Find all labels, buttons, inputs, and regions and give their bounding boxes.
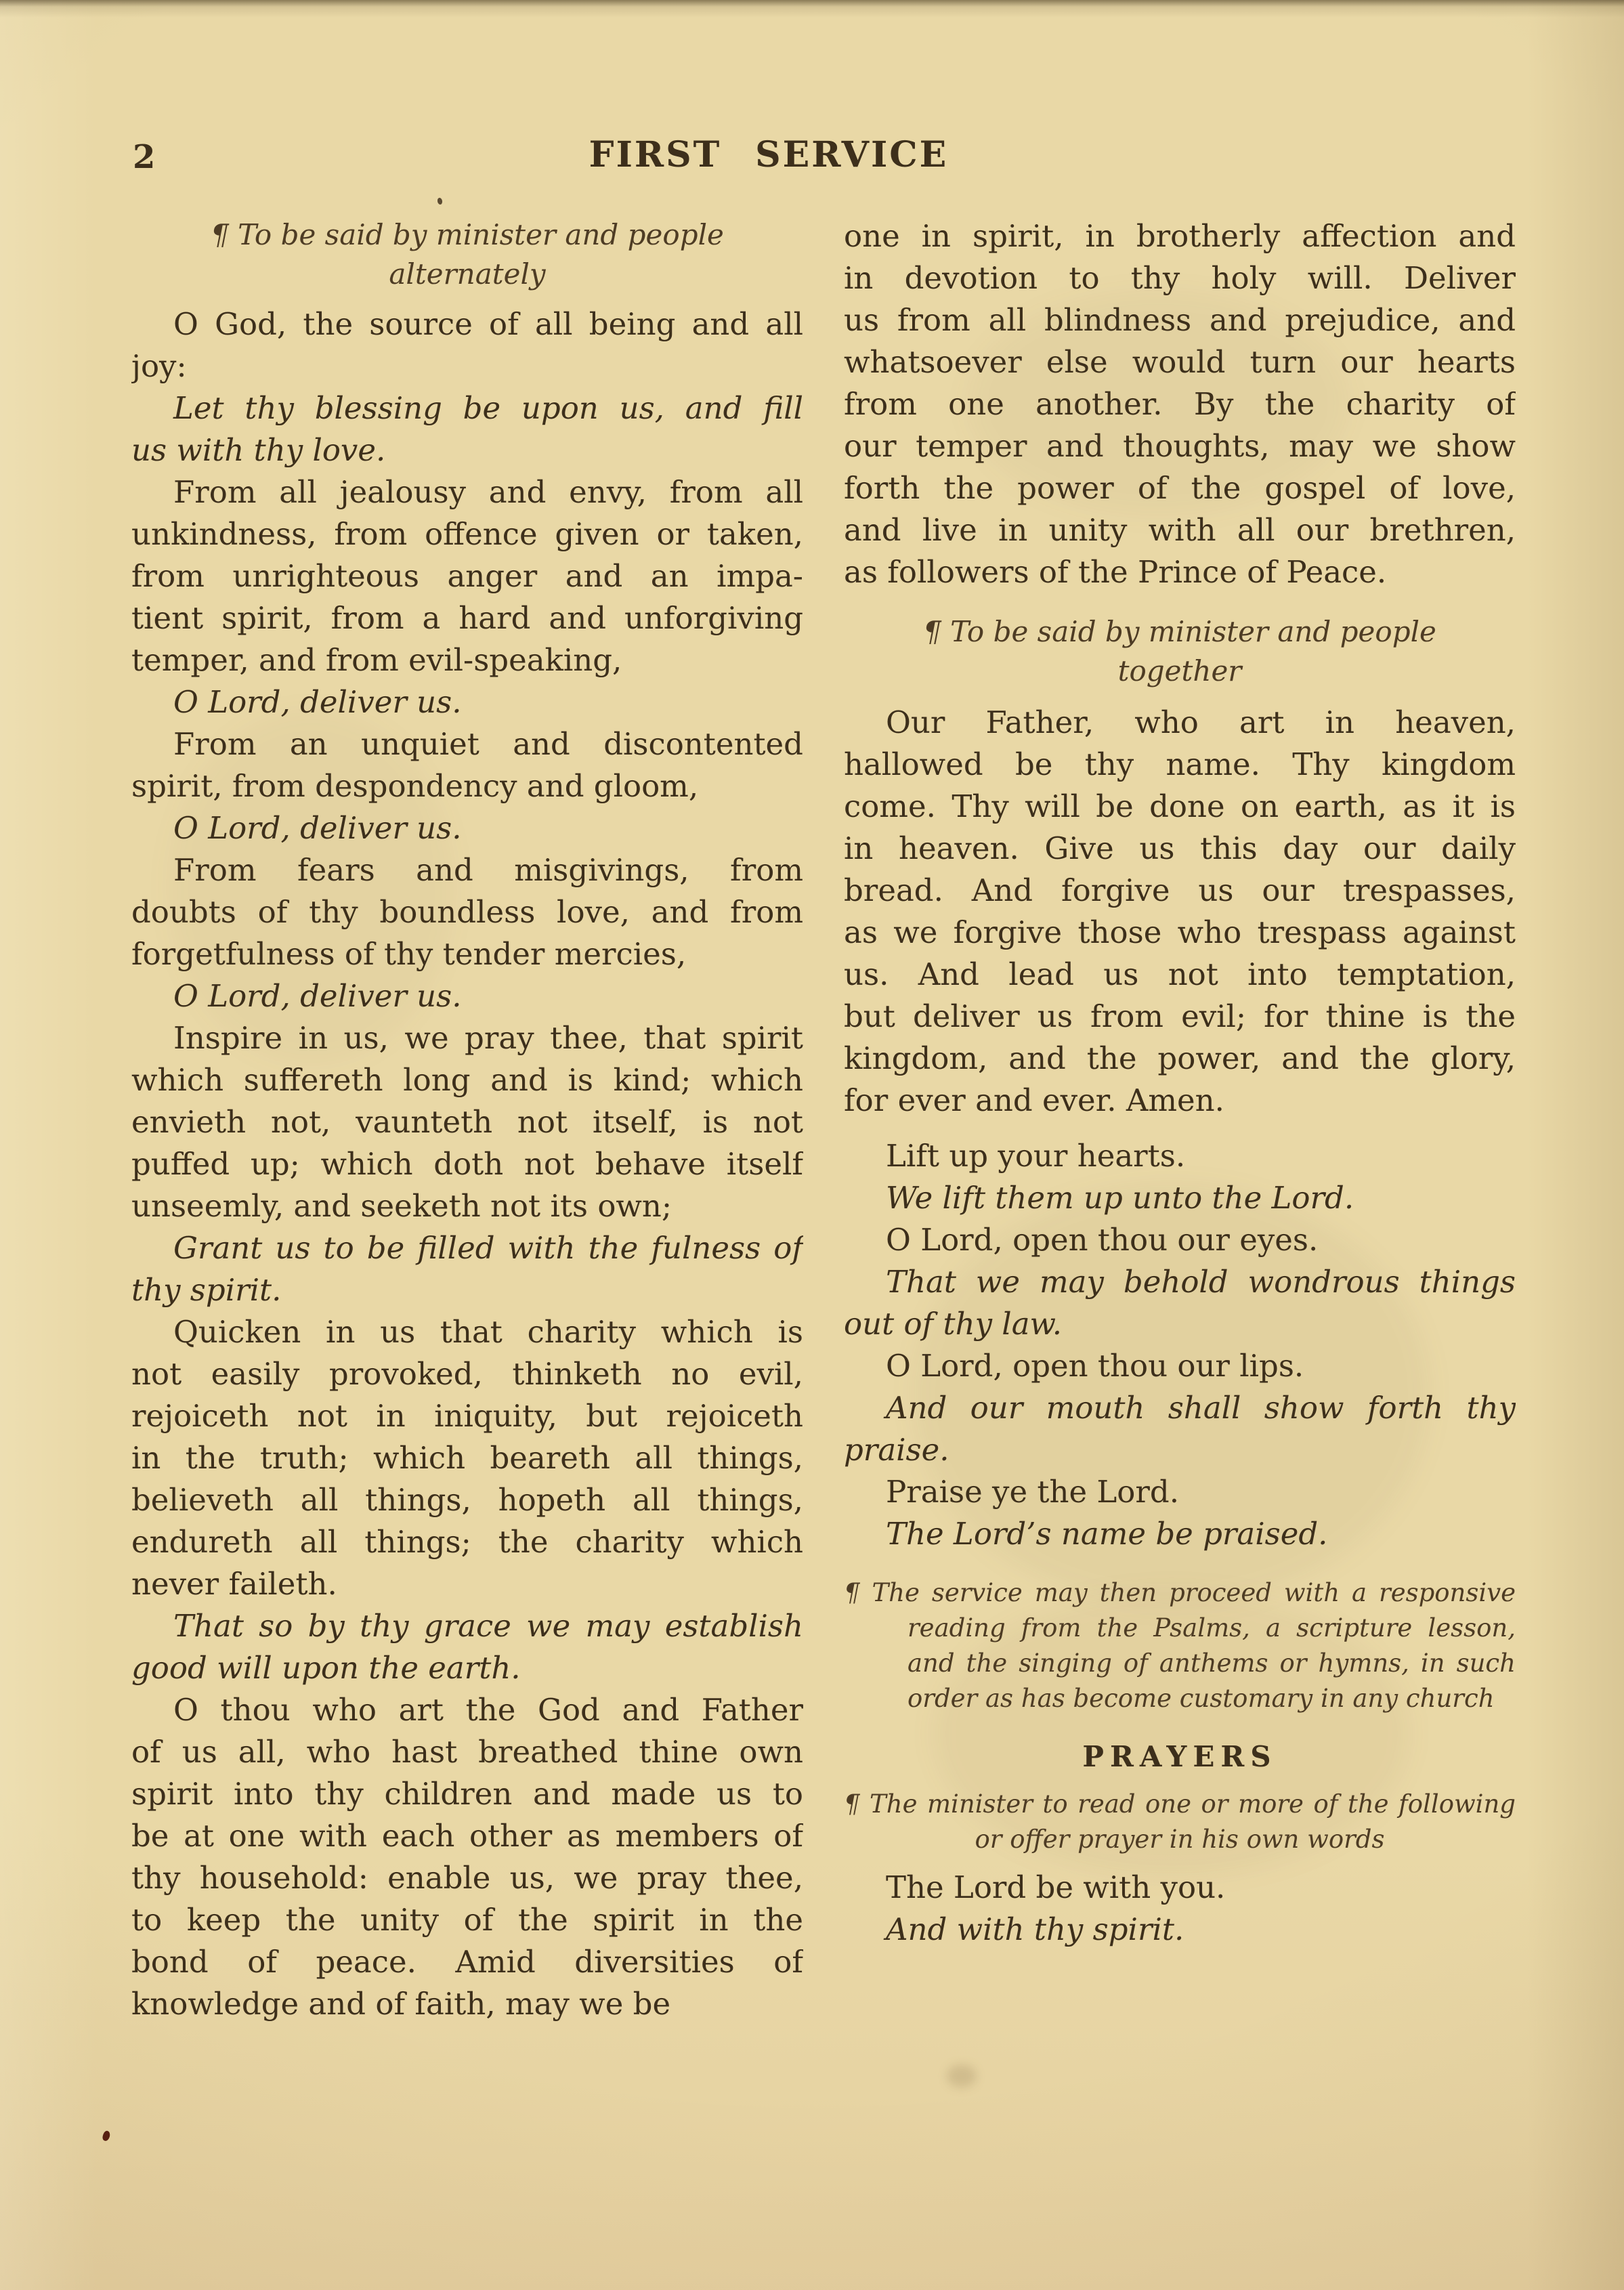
text-line: our temper and thoughts, may we show: [844, 425, 1516, 467]
text-line: believeth all things, hopeth all things,: [131, 1479, 803, 1521]
text-line: From an unquiet and discontented: [131, 723, 803, 765]
text-line: O Lord, deliver us.: [131, 807, 803, 849]
text-line: forgetfulness of thy tender mercies,: [131, 933, 803, 975]
text-line: forth the power of the gospel of love,: [844, 467, 1516, 509]
running-title: FIRST SERVICE: [589, 134, 949, 175]
text-line: to keep the unity of the spirit in the: [131, 1899, 803, 1941]
rubric-line: ¶ To be said by minister and people: [844, 612, 1516, 652]
rubric-note-line: ¶ The service may then proceed with a re…: [844, 1575, 1516, 1611]
text-line: thy household: enable us, we pray thee,: [131, 1857, 803, 1899]
text-line: of us all, who hast breathed thine own: [131, 1731, 803, 1773]
text-line: O thou who art the God and Father: [131, 1689, 803, 1731]
text-line: Our Father, who art in heaven,: [844, 702, 1516, 744]
text-line: as followers of the Prince of Peace.: [844, 551, 1516, 593]
text-line: puffed up; which doth not behave itself: [131, 1143, 803, 1185]
text-line: us. And lead us not into temptation,: [844, 954, 1516, 996]
rubric-note-line: or offer prayer in his own words: [844, 1822, 1516, 1857]
text-line: hallowed be thy name. Thy kingdom: [844, 744, 1516, 786]
text-line: tient spirit, from a hard and unforgivin…: [131, 597, 803, 639]
book-page-scan: 2 FIRST SERVICE ¶ To be said by minister…: [0, 0, 1624, 2290]
ink-speck: [102, 2130, 111, 2142]
text-line: doubts of thy boundless love, and from: [131, 891, 803, 933]
text-line: Quicken in us that charity which is: [131, 1311, 803, 1353]
text-line: O Lord, open thou our eyes.: [844, 1219, 1516, 1261]
text-line: endureth all things; the charity which: [131, 1521, 803, 1563]
ink-speck: [437, 197, 443, 205]
text-line: kingdom, and the power, and the glory,: [844, 1038, 1516, 1080]
text-line: joy:: [131, 345, 803, 387]
text-line: as we forgive those who trespass against: [844, 912, 1516, 954]
section-heading: PRAYERS: [844, 1739, 1516, 1775]
text-line: from unrighteous anger and an impa-: [131, 555, 803, 597]
text-line: in heaven. Give us this day our daily: [844, 828, 1516, 870]
rubric-note-line: order as has become customary in any chu…: [844, 1681, 1516, 1716]
text-line: unkindness, from offence given or taken,: [131, 513, 803, 555]
text-line: unseemly, and seeketh not its own;: [131, 1185, 803, 1227]
text-line: O Lord, open thou our lips.: [844, 1345, 1516, 1387]
rubric-note-line: and the singing of anthems or hymns, in …: [844, 1646, 1516, 1681]
text-line: From fears and misgivings, from: [131, 849, 803, 891]
text-line: That we may behold wondrous things: [844, 1261, 1516, 1303]
text-line: spirit, from despondency and gloom,: [131, 765, 803, 807]
text-line: from one another. By the charity of: [844, 383, 1516, 425]
text-line: in devotion to thy holy will. Deliver: [844, 257, 1516, 299]
right-column-text: one in spirit, in brotherly affection an…: [844, 215, 1516, 1951]
text-line: Lift up your hearts.: [844, 1135, 1516, 1177]
text-line: knowledge and of faith, may we be: [131, 1983, 803, 2025]
line-spacer: [844, 691, 1516, 702]
rubric-line: together: [844, 652, 1516, 691]
text-line: Let thy blessing be upon us, and fill: [131, 387, 803, 429]
text-line: and live in unity with all our brethren,: [844, 509, 1516, 551]
text-line: whatsoever else would turn our hearts: [844, 341, 1516, 383]
line-spacer: [844, 1555, 1516, 1575]
line-spacer: [844, 1716, 1516, 1739]
text-line: bond of peace. Amid diversities of: [131, 1941, 803, 1983]
text-line: thy spirit.: [131, 1269, 803, 1311]
text-line: be at one with each other as members of: [131, 1815, 803, 1857]
text-line: And with thy spirit.: [844, 1909, 1516, 1951]
text-line: The Lord be with you.: [844, 1867, 1516, 1909]
rubric-note-line: ¶ The minister to read one or more of th…: [844, 1787, 1516, 1822]
text-line: O Lord, deliver us.: [131, 681, 803, 723]
text-line: temper, and from evil-speaking,: [131, 639, 803, 681]
rubric-line: alternately: [131, 255, 803, 294]
text-line: spirit into thy children and made us to: [131, 1773, 803, 1815]
text-line: O God, the source of all being and all: [131, 303, 803, 345]
text-line: That so by thy grace we may establish: [131, 1605, 803, 1647]
text-line: good will upon the earth.: [131, 1647, 803, 1689]
line-spacer: [844, 1857, 1516, 1867]
text-line: We lift them up unto the Lord.: [844, 1177, 1516, 1219]
text-line: us with thy love.: [131, 429, 803, 471]
text-line: Inspire in us, we pray thee, that spirit: [131, 1017, 803, 1059]
text-line: praise.: [844, 1429, 1516, 1471]
page-header: 2 FIRST SERVICE: [0, 134, 1624, 188]
line-spacer: [844, 1122, 1516, 1135]
text-line: out of thy law.: [844, 1303, 1516, 1345]
rubric-note-line: reading from the Psalms, a scripture les…: [844, 1611, 1516, 1646]
text-line: which suffereth long and is kind; which: [131, 1059, 803, 1101]
line-spacer: [131, 294, 803, 303]
line-spacer: [844, 1775, 1516, 1787]
text-line: From all jealousy and envy, from all: [131, 471, 803, 513]
rubric-line: ¶ To be said by minister and people: [131, 215, 803, 255]
text-line: not easily provoked, thinketh no evil,: [131, 1353, 803, 1395]
text-line: Praise ye the Lord.: [844, 1471, 1516, 1513]
text-line: never faileth.: [131, 1563, 803, 1605]
text-line: The Lord’s name be praised.: [844, 1513, 1516, 1555]
text-line: rejoiceth not in iniquity, but rejoiceth: [131, 1395, 803, 1437]
text-line: And our mouth shall show forth thy: [844, 1387, 1516, 1429]
ink-smudge: [947, 2064, 977, 2087]
text-line: bread. And forgive us our trespasses,: [844, 870, 1516, 912]
text-line: but deliver us from evil; for thine is t…: [844, 996, 1516, 1038]
text-line: envieth not, vaunteth not itself, is not: [131, 1101, 803, 1143]
page-number: 2: [133, 138, 156, 176]
text-line: for ever and ever. Amen.: [844, 1080, 1516, 1122]
text-line: one in spirit, in brotherly affection an…: [844, 215, 1516, 257]
text-line: O Lord, deliver us.: [131, 975, 803, 1017]
text-line: Grant us to be filled with the fulness o…: [131, 1227, 803, 1269]
line-spacer: [844, 593, 1516, 612]
text-line: come. Thy will be done on earth, as it i…: [844, 786, 1516, 828]
text-line: in the truth; which beareth all things,: [131, 1437, 803, 1479]
left-column-text: ¶ To be said by minister and peoplealter…: [131, 215, 803, 2025]
text-line: us from all blindness and prejudice, and: [844, 299, 1516, 341]
